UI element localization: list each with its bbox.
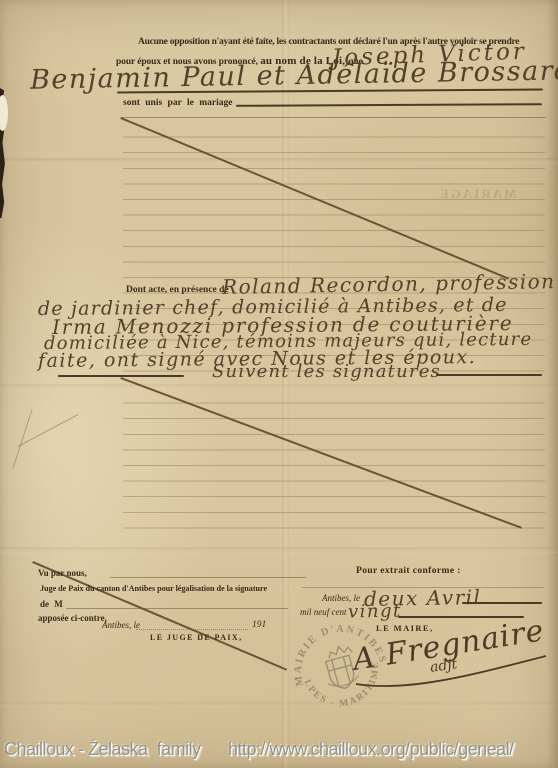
- caption-url: http://www.chailloux.org/public/geneal/: [228, 739, 514, 760]
- judge-place-label: Antibes, le: [102, 620, 140, 630]
- stamp-coat-of-arms: [319, 644, 361, 693]
- judge-date-dotted-line: [136, 622, 248, 630]
- ink-rule-after-year: [398, 616, 524, 618]
- judge-vu-line: [110, 577, 306, 578]
- ink-rule-before-signatures: [58, 375, 184, 377]
- ink-rule-after-date: [462, 602, 542, 604]
- bleedthrough-text: MARIAGE: [438, 186, 516, 202]
- ruled-area-lower: [123, 388, 545, 530]
- judge-vu-label: Vu par nous,: [38, 568, 87, 578]
- mayor-header-label: Pour extrait conforme :: [356, 566, 461, 576]
- scuff-mark-line-1: [18, 414, 79, 447]
- ink-rule-union: [236, 103, 542, 107]
- left-edge-tear-highlight: [0, 95, 8, 131]
- judge-year-prefix: 191: [252, 620, 266, 630]
- crease-horizontal-4: [0, 702, 558, 707]
- caption-family-name: Chailloux - Żelaska family: [4, 739, 201, 760]
- judge-apposee-label: apposée ci-contre,: [38, 613, 107, 623]
- judge-title-label: LE JUGE DE PAIX,: [150, 633, 242, 642]
- judge-de-m-line: [66, 608, 288, 609]
- act-label: Dont acte, en présence de: [126, 285, 229, 295]
- judge-de-m-label: de M: [40, 599, 63, 609]
- crease-horizontal-3: [0, 547, 558, 553]
- union-label: sont unis par le mariage: [123, 98, 232, 108]
- printed-rule-top: [121, 117, 546, 118]
- scanned-marriage-certificate: MARIAGE Aucune opposition n'ayant été fa…: [0, 0, 558, 768]
- act-handwriting-line6: Suivent les signatures: [212, 361, 441, 382]
- ink-rule-after-signatures: [436, 374, 542, 376]
- judge-canton-label: Juge de Paix du canton d'Antibes pour lé…: [40, 584, 267, 593]
